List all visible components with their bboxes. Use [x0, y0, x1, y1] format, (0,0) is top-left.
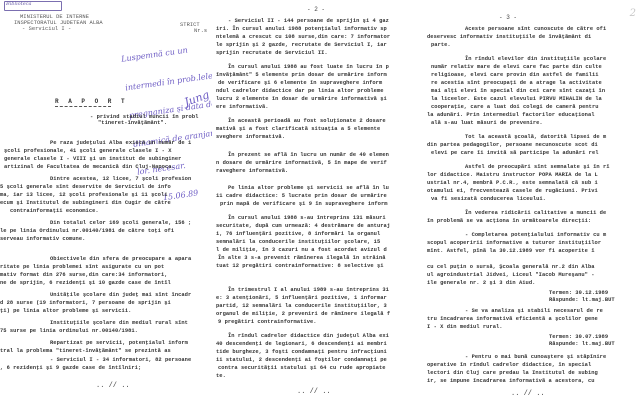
- paragraph-line: generale clasele I - VIII şi un institut…: [4, 156, 181, 162]
- deadline-term: Termen: 30.12.1989: [549, 290, 608, 296]
- deadline-responsible: Răspunde: lt.maj.BUT: [549, 297, 615, 303]
- paragraph-line: În vederea ridicării calitative a muncii…: [465, 210, 606, 216]
- paragraph-line: ntelemă a crescut cu 108 surse,din care:…: [216, 34, 390, 40]
- paragraph-line: religioase, elevi care provin din astfel…: [431, 72, 599, 78]
- paragraph-line: sprijin recrutate de Serviciul II.: [216, 50, 328, 56]
- paragraph-line: ală s-au luat măsuri de prevenire.: [431, 120, 543, 126]
- paragraph-line: lucru 2 elemente în dosar de urmărire in…: [216, 96, 387, 102]
- paragraph-line: re acestia sînt preocupaţi de a atrage l…: [431, 80, 602, 86]
- paragraph-line: - Pentru o mai bună cunoaştere şi stăpîn…: [465, 354, 606, 360]
- paragraph-line: scopul acoperirii informative a tuturor …: [427, 240, 601, 246]
- continuation-mark: .. // ..: [96, 382, 130, 390]
- paragraph-line: elevi pe care îi invită să participe la …: [431, 150, 599, 156]
- paragraph-line: ustrial nr.4, membră P.C.R., este semnal…: [427, 180, 598, 186]
- paragraph-line: - Serviciul II - 144 persoane de sprijin…: [228, 18, 389, 24]
- page-number: - 2 -: [307, 6, 325, 13]
- paragraph-line: 5 şcoli generale sînt deservite de Servi…: [0, 184, 171, 190]
- paragraph-line: contrainformaţii economice.: [10, 208, 99, 214]
- deadline-term: Termen: 30.07.1989: [549, 334, 608, 340]
- paragraph-line: raveghere informativă.: [216, 168, 288, 174]
- paragraph-line: , 6 rezidenţi şi 9 gazde case de întîlni…: [0, 365, 141, 371]
- title-underline: [55, 106, 111, 107]
- paragraph-line: mativă şi a fost clarificată situaţia a …: [216, 126, 380, 132]
- paragraph-line: Tot la această şcoală, datorită lipsei d…: [465, 134, 606, 140]
- paragraph-line: ir, se impune încadrarea informativă a a…: [427, 378, 595, 384]
- paragraph-line: l de miliţie, în 3 cazuri nu a fost acor…: [216, 247, 387, 253]
- paragraph-line: parte.: [431, 42, 451, 48]
- paragraph-line: le pe linia Ordinului nr.00140/1981 de c…: [0, 228, 174, 234]
- paragraph-line: va fi sesizată conducerea liceului.: [431, 196, 546, 202]
- paragraph-line: d 28 surse (19 informatori, 7 persoane d…: [0, 300, 171, 306]
- handwriting-line: Luspemnă cu un: [121, 41, 212, 64]
- paragraph-line: tide burgheze, 3 foşti condamnaţi pentru…: [216, 349, 387, 355]
- paragraph-line: Pe raza judeţului Alba există un număr d…: [50, 140, 191, 146]
- paragraph-line: iri. În cursul anului 1988 potenţialul i…: [216, 26, 387, 32]
- paragraph-line: artizinal de Facultatea de mecanică din …: [4, 164, 175, 170]
- paragraph-line: I - X din mediul rural.: [427, 324, 503, 330]
- paragraph-line: 9 pregătiri contrainformative.: [218, 319, 317, 325]
- paragraph-line: de verificare şi 6 elemente în supravegh…: [218, 80, 382, 86]
- paragraph-line: serveau informativ comune.: [0, 236, 85, 242]
- paragraph-line: În rîndul elevilor din instituţiile şcol…: [465, 56, 606, 62]
- paragraph-line: securitate, după cum urmează: 4 destrăma…: [216, 223, 390, 229]
- paragraph-line: ii statului, 2 descendenţi ai foştilor c…: [216, 357, 387, 363]
- header-service: - Serviciul I -: [22, 26, 71, 32]
- paragraph-line: Din totalul celor 169 şcoli generale, 15…: [50, 220, 191, 226]
- paragraph-line: ritate pe linia problemei sînt asigurate…: [0, 264, 164, 270]
- paragraph-line: semnalări la conducerile instituţiilor ş…: [216, 239, 380, 245]
- paragraph-line: ma, iar 13 licee, 12 şcoli profesionale …: [0, 192, 168, 198]
- paragraph-line: Instituţiile şcolare din mediul rural sî…: [50, 320, 188, 326]
- paragraph-line: prin mapă de verificare şi 9 în supraveg…: [220, 201, 388, 207]
- paragraph-line: Pe linia altor probleme şi servicii se a…: [228, 185, 389, 191]
- paragraph-line: mativ format din 276 surse,din care:34 i…: [0, 272, 168, 278]
- paragraph-line: ţi) pe linia altor probleme şi servicii.: [0, 308, 131, 314]
- paragraph-line: număr relativ mare de elevi care fac par…: [431, 64, 602, 70]
- paragraph-line: Obiectivele din sfera de preocupare a ap…: [50, 256, 191, 262]
- paragraph-line: i, 76 influenţări pozitive, 8 informări …: [216, 231, 380, 237]
- paragraph-line: ndul cadrelor didactice dar pe linia alt…: [216, 88, 384, 94]
- paragraph-line: mînt. Astfel, pînă la 30.12.1989 vor fi …: [427, 248, 595, 254]
- paragraph-line: contra securităţii statului şi 64 cu rud…: [218, 365, 386, 371]
- paragraph-line: tuat 12 pregătiri contrainformative: 8 s…: [216, 263, 384, 269]
- paragraph-line: învăţământ" 5 elemente prin dosar de urm…: [216, 72, 387, 78]
- page-number: - 3 -: [499, 14, 517, 21]
- paragraph-line: ne de sprijin, 6 rezidenţi şi 10 gazde c…: [0, 280, 171, 286]
- paragraph-line: - Completarea potenţialului informativ c…: [465, 232, 606, 238]
- deadline-responsible: Răspunde: lt.maj.BUT: [549, 341, 615, 347]
- document-page-3: 2 - 3 - Aceste persoane sînt cunoscute d…: [427, 0, 640, 400]
- paragraph-line: tru încadrarea informativă eficientă a ş…: [427, 316, 598, 322]
- paragraph-line: În această perioadă au fost soluţionate …: [228, 118, 386, 124]
- paragraph-line: - Se va analiza şi stabili necesarul de …: [465, 308, 603, 314]
- paragraph-line: ere informativă.: [216, 104, 269, 110]
- paragraph-line: 75 surse pe linia ordinului nr.00140/198…: [0, 328, 138, 334]
- document-page-1: Biblioteca MINISTERUL DE INTERNE INSPECT…: [0, 0, 212, 400]
- paragraph-line: Dintre acestea, 12 licee, 7 şcoli profes…: [50, 176, 191, 182]
- paragraph-line: Unităţile şcolare din judeţ mai sînt înc…: [50, 292, 191, 298]
- document-page-2: - 2 - - Serviciul II - 144 persoane de s…: [212, 0, 427, 400]
- paragraph-line: cooperaţie, care a luat doi colegi de ca…: [431, 104, 599, 110]
- paragraph-line: În cursul anului 1988 au fost luate în l…: [228, 64, 389, 70]
- paragraph-line: Repartizat pe servicii, potenţialul info…: [50, 340, 188, 346]
- paragraph-line: ile generale nr. 2 şi 3 din Aiud.: [427, 280, 535, 286]
- paragraph-line: la liceelor. Este cazul elevului PIRVU M…: [431, 96, 602, 102]
- paragraph-line: Aceste persoane sînt cunoscute de către …: [465, 26, 606, 32]
- paragraph-line: tral la problema "tineret-învăţământ" se…: [0, 348, 171, 354]
- paragraph-line: - Serviciul I - 34 informatori, 82 perso…: [50, 357, 191, 363]
- continuation-mark: .. // ..: [297, 388, 331, 396]
- subtitle-line: "tineret-învăţământ".: [98, 120, 167, 126]
- paragraph-line: le sprijin şi 2 gazde, recrutate de Serv…: [216, 42, 387, 48]
- paragraph-line: partid, 12 semnalări la conducerile inst…: [216, 303, 387, 309]
- archive-stamp-text: Biblioteca: [6, 1, 31, 7]
- archive-page-mark: 2: [630, 8, 636, 19]
- paragraph-line: În prezent se află în lucru un număr de …: [228, 152, 389, 158]
- paragraph-line: otamului ei, frecventează casele de rugă…: [427, 188, 598, 194]
- paragraph-line: 11 cadre didactice: 5 lucrate prin dosar…: [216, 193, 387, 199]
- continuation-mark: .. // ..: [511, 390, 545, 398]
- document-title: R A P O R T: [55, 98, 128, 105]
- paragraph-line: şcoli profesionale, 41 şcoli generale cl…: [4, 148, 172, 154]
- paragraph-line: în problemă se va acţiona în următoarele…: [427, 218, 591, 224]
- paragraph-line: În alte 3 s-a prevenit rămînerea ilegală…: [218, 255, 386, 261]
- paragraph-line: lor didactice. Maistru instructor POPA M…: [427, 172, 598, 178]
- paragraph-line: deservesc informativ instituţiile de înv…: [427, 34, 591, 40]
- paragraph-line: operative în rîndul cadrelor didactice, …: [427, 362, 591, 368]
- paragraph-line: În rîndul cadrelor didactice din judeţul…: [228, 333, 389, 339]
- handwriting-line: intermedi în prob.lele: [125, 69, 212, 92]
- paragraph-line: Astfel de preocupări sînt semnalate şi î…: [465, 164, 610, 170]
- paragraph-line: În cursul anului 1988 s-au întreprins 13…: [228, 215, 386, 221]
- paragraph-line: organul de miliţie, 2 preveniri de rămîn…: [216, 311, 390, 317]
- paragraph-line: din partea pedagogilor, persoane necunos…: [427, 142, 598, 148]
- paragraph-line: lectori din Cluj care predau la Institut…: [427, 370, 598, 376]
- paragraph-line: e: 3 atenţionări, 5 influenţări pozitive…: [216, 295, 387, 301]
- paragraph-line: În trimestrul I al anului 1989 s-au într…: [228, 287, 389, 293]
- paragraph-line: mai alţi elevi în special din cei care s…: [431, 88, 605, 94]
- paragraph-line: ul agroindustrial Jidvei, Liceul "Iacob …: [427, 272, 595, 278]
- paragraph-line: 40 descendenţi de legionari, 6 descenden…: [216, 341, 387, 347]
- paragraph-line: cu cel puţin o sursă, Şcoala generală nr…: [427, 264, 595, 270]
- paragraph-line: sveghere informativă.: [216, 134, 285, 140]
- paragraph-line: n dosare de urmărire informativă, 5 în m…: [216, 160, 387, 166]
- paragraph-line: la adunări. Prin intermediul factorilor …: [427, 112, 595, 118]
- paragraph-line: te.: [216, 373, 226, 379]
- paragraph-line: ecum şi Institutul de subingineri din Cu…: [0, 200, 171, 206]
